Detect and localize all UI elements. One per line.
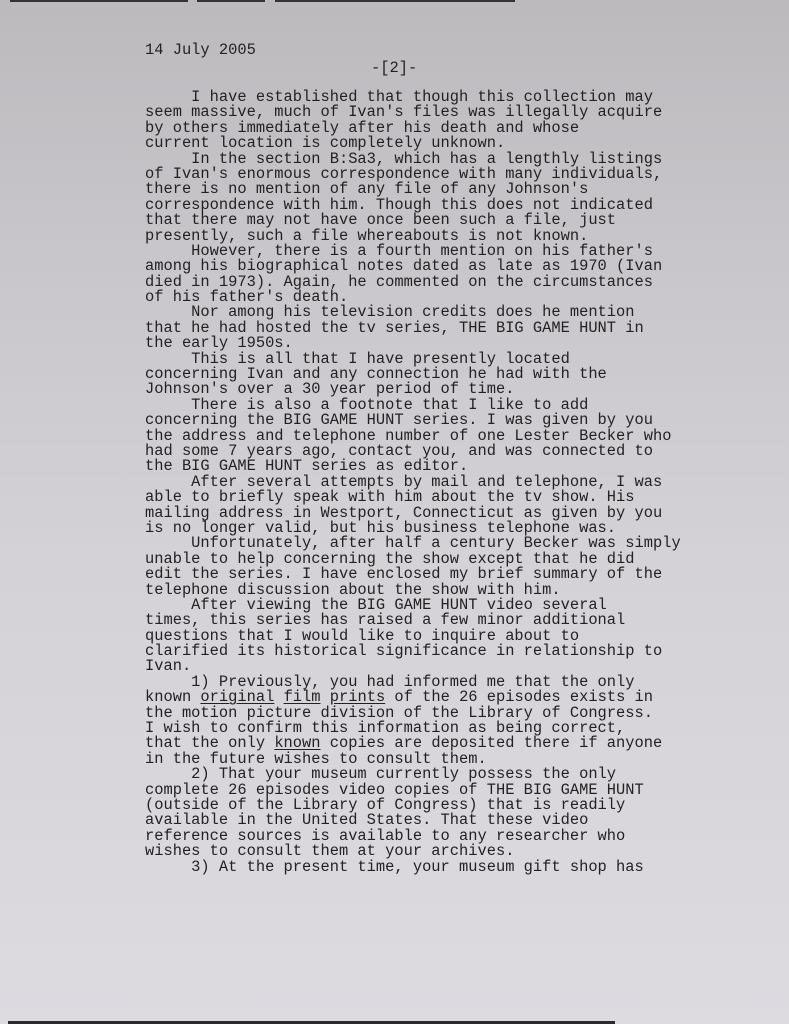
letter-date: 14 July 2005 (145, 43, 256, 58)
text-line: 3) At the present time, your museum gift… (145, 860, 681, 875)
page-number: -[2]- (371, 61, 417, 76)
letter-page: 14 July 2005 -[2]- I have established th… (145, 43, 745, 105)
text-line: clarified its historical significance in… (145, 644, 681, 659)
scan-edge-top-3 (275, 0, 515, 2)
scan-edge-top-1 (10, 0, 188, 2)
letter-body: I have established that though this coll… (145, 90, 681, 875)
scan-edge-top-2 (197, 0, 265, 2)
